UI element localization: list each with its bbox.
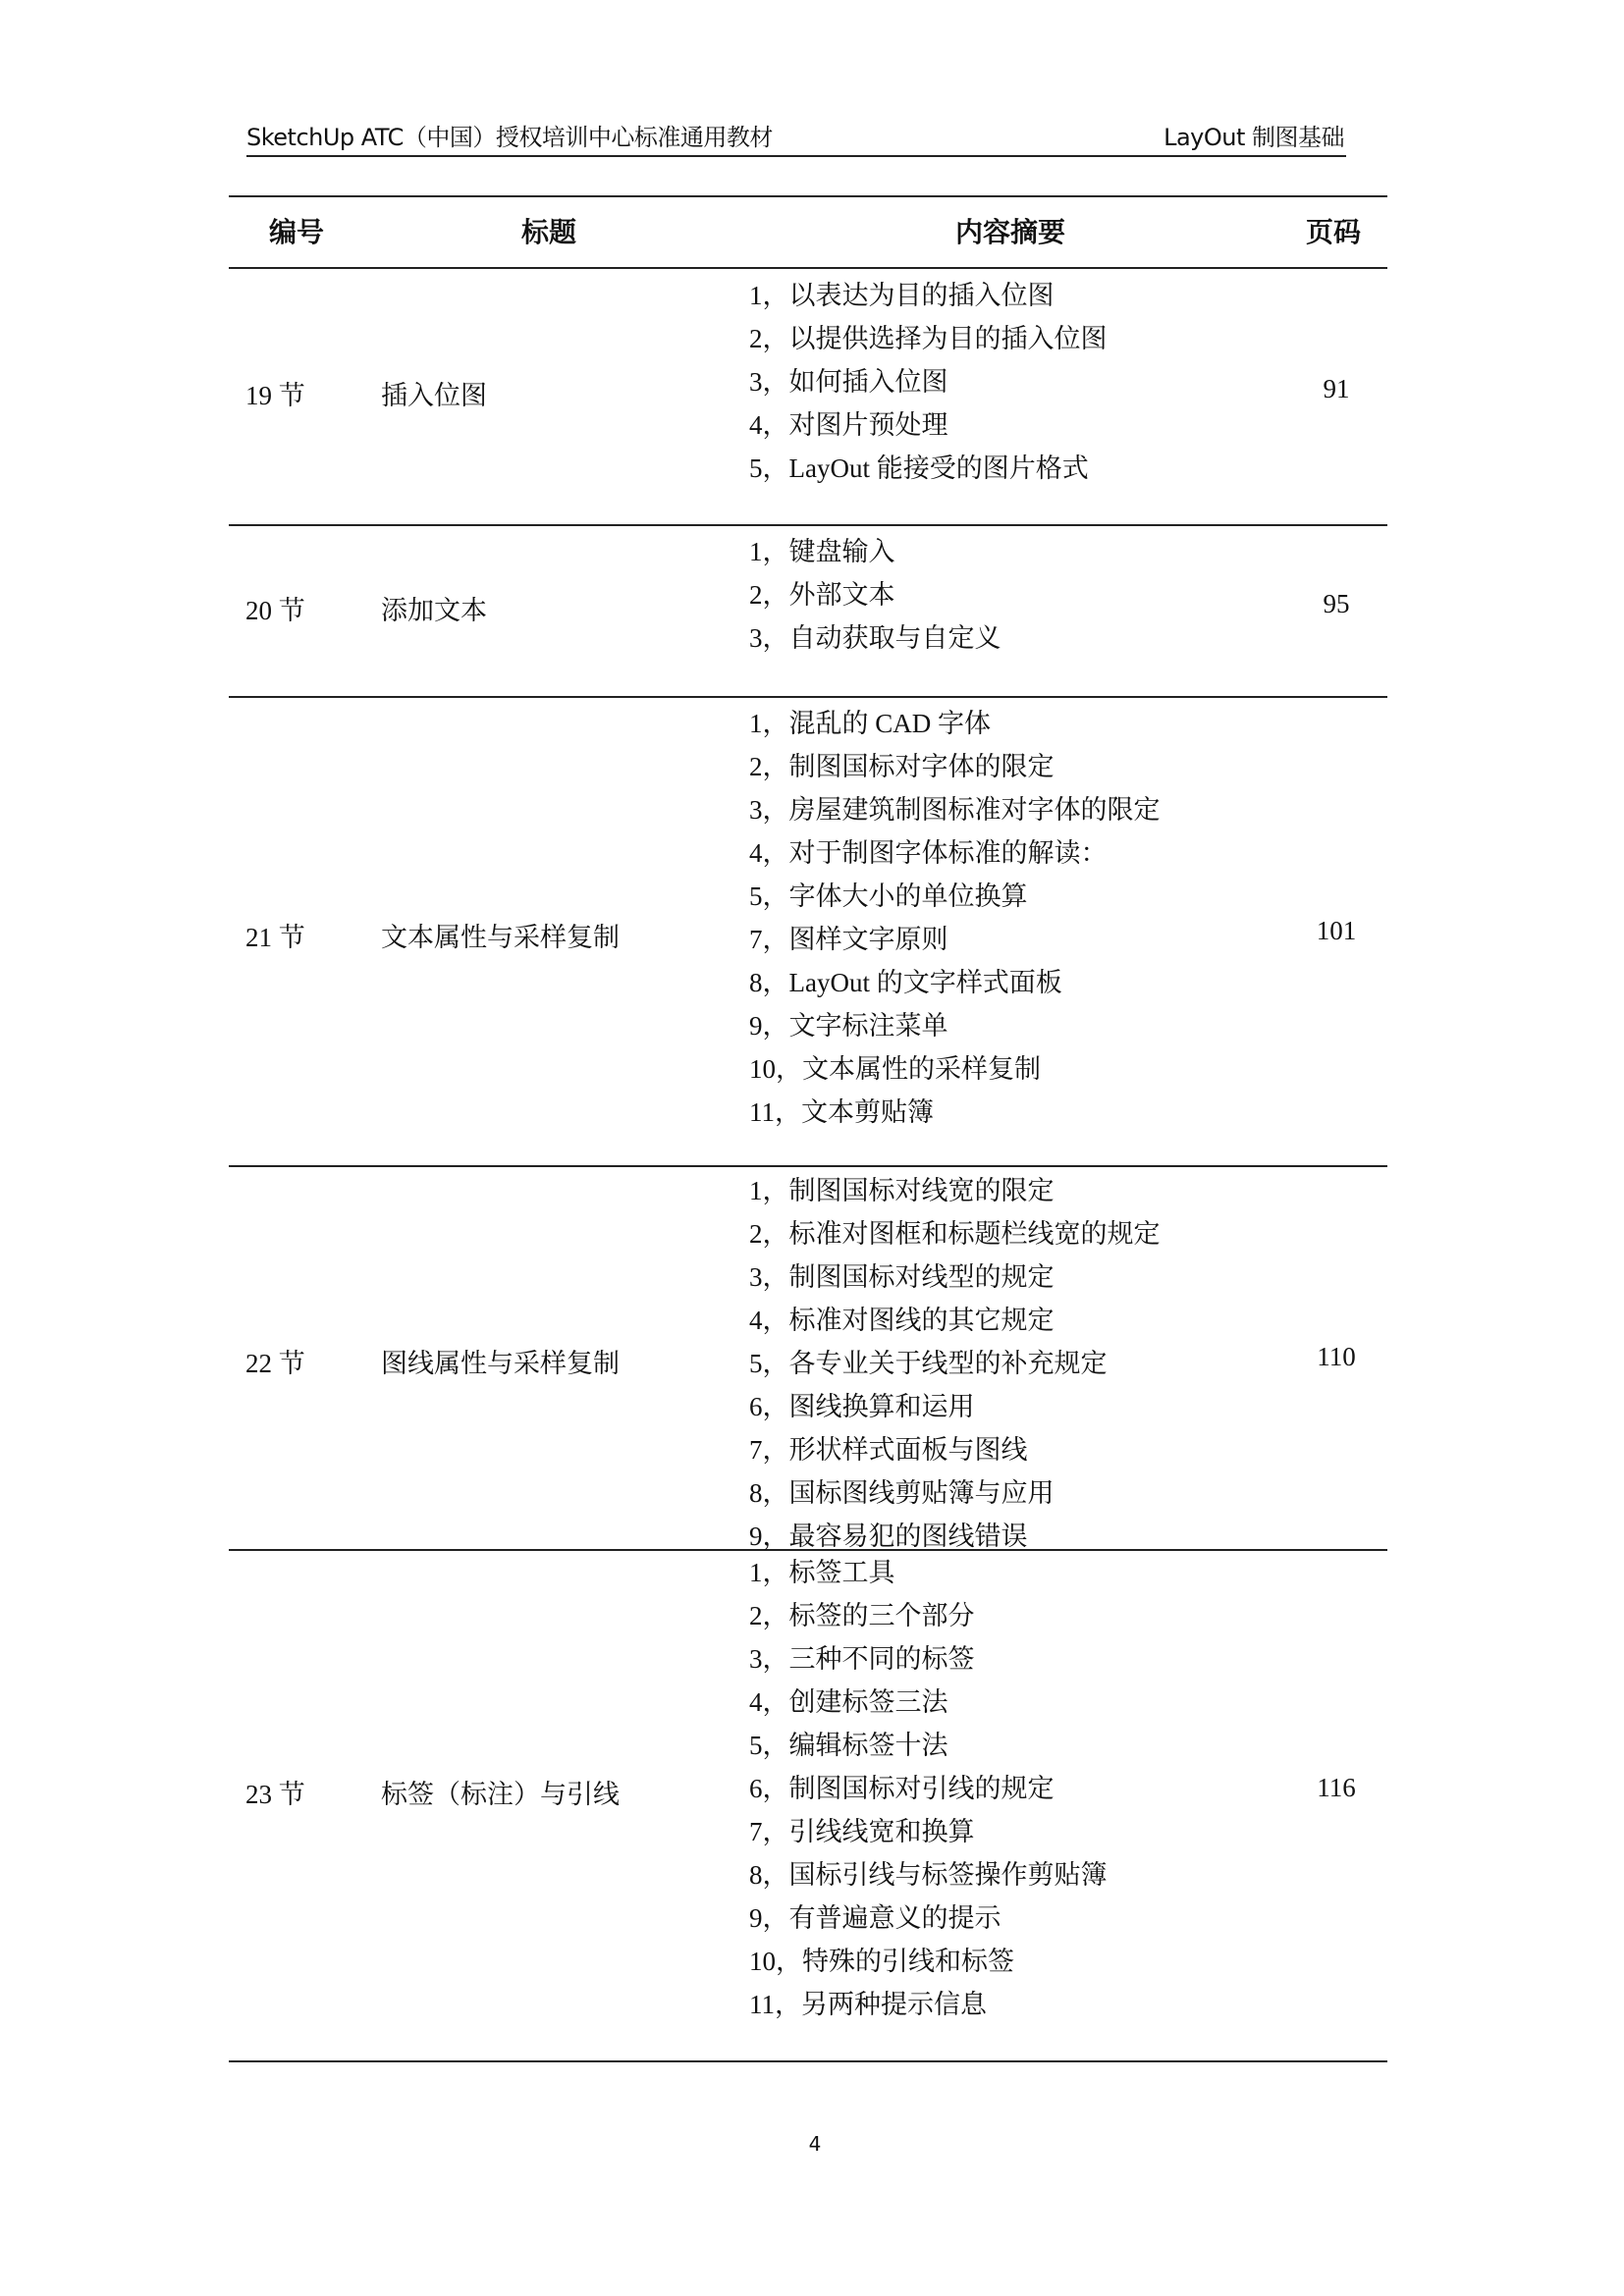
summary-item: 10，特殊的引线和标签 [749, 1940, 1108, 1983]
table-row: 19 节 插入位图 1，以表达为目的插入位图 2，以提供选择为目的插入位图 3，… [229, 269, 1387, 526]
summary-item: 11，另两种提示信息 [749, 1983, 1108, 2026]
summary-item: 1，混乱的 CAD 字体 [749, 702, 1161, 745]
summary-item: 8，国标引线与标签操作剪贴簿 [749, 1853, 1108, 1896]
summary-item: 6，制图国标对引线的规定 [749, 1767, 1108, 1810]
summary-item: 6，图线换算和运用 [749, 1385, 1161, 1428]
summary-item: 7，图样文字原则 [749, 918, 1161, 961]
summary-item: 2，标准对图框和标题栏线宽的规定 [749, 1212, 1161, 1255]
page-reference: 91 [1289, 374, 1383, 404]
page-reference: 110 [1289, 1342, 1383, 1372]
column-header-number: 编号 [269, 217, 324, 248]
page-number: 4 [805, 2132, 825, 2156]
summary-item: 3，自动获取与自定义 [749, 616, 1001, 660]
chapter-title: LayOut 制图基础 [1164, 122, 1344, 153]
summary-item: 5，LayOut 能接受的图片格式 [749, 447, 1108, 490]
table-row: 23 节 标签（标注）与引线 1，标签工具 2，标签的三个部分 3，三种不同的标… [229, 1551, 1387, 2062]
column-header-summary: 内容摘要 [955, 217, 1065, 248]
section-title: 添加文本 [381, 589, 487, 627]
section-summary: 1，以表达为目的插入位图 2，以提供选择为目的插入位图 3，如何插入位图 4，对… [749, 274, 1108, 490]
summary-item: 2，以提供选择为目的插入位图 [749, 317, 1108, 360]
summary-item: 5，各专业关于线型的补充规定 [749, 1342, 1161, 1385]
section-summary: 1，键盘输入 2，外部文本 3，自动获取与自定义 [749, 530, 1001, 660]
summary-item: 1，键盘输入 [749, 530, 1001, 573]
section-number: 22 节 [245, 1342, 305, 1380]
summary-item: 11，文本剪贴簿 [749, 1091, 1161, 1134]
table-header: 编号 标题 内容摘要 页码 [229, 197, 1387, 269]
summary-item: 9，有普遍意义的提示 [749, 1896, 1108, 1940]
summary-item: 4，对于制图字体标准的解读： [749, 831, 1161, 875]
summary-item: 2，标签的三个部分 [749, 1594, 1108, 1637]
summary-item: 4，创建标签三法 [749, 1681, 1108, 1724]
summary-item: 8，国标图线剪贴簿与应用 [749, 1471, 1161, 1515]
summary-item: 3，制图国标对线型的规定 [749, 1255, 1161, 1299]
toc-table: 编号 标题 内容摘要 页码 19 节 插入位图 1，以表达为目的插入位图 2，以… [229, 195, 1387, 2062]
summary-item: 7，形状样式面板与图线 [749, 1428, 1161, 1471]
section-title: 标签（标注）与引线 [381, 1773, 620, 1811]
summary-item: 3，如何插入位图 [749, 360, 1108, 403]
section-number: 20 节 [245, 589, 305, 627]
summary-item: 4，对图片预处理 [749, 403, 1108, 447]
summary-item: 8，LayOut 的文字样式面板 [749, 961, 1161, 1004]
summary-item: 1，标签工具 [749, 1551, 1108, 1594]
section-title: 图线属性与采样复制 [381, 1342, 620, 1380]
table-row: 22 节 图线属性与采样复制 1，制图国标对线宽的限定 2，标准对图框和标题栏线… [229, 1167, 1387, 1551]
summary-item: 10，文本属性的采样复制 [749, 1047, 1161, 1091]
summary-item: 2，外部文本 [749, 573, 1001, 616]
summary-item: 2，制图国标对字体的限定 [749, 745, 1161, 788]
summary-item: 1，以表达为目的插入位图 [749, 274, 1108, 317]
summary-item: 4，标准对图线的其它规定 [749, 1299, 1161, 1342]
table-row: 20 节 添加文本 1，键盘输入 2，外部文本 3，自动获取与自定义 95 [229, 526, 1387, 698]
section-title: 插入位图 [381, 374, 487, 412]
section-summary: 1，混乱的 CAD 字体 2，制图国标对字体的限定 3，房屋建筑制图标准对字体的… [749, 702, 1161, 1134]
table-row: 21 节 文本属性与采样复制 1，混乱的 CAD 字体 2，制图国标对字体的限定… [229, 698, 1387, 1167]
page-reference: 116 [1289, 1773, 1383, 1803]
section-summary: 1，标签工具 2，标签的三个部分 3，三种不同的标签 4，创建标签三法 5，编辑… [749, 1551, 1108, 2026]
section-number: 21 节 [245, 916, 305, 954]
summary-item: 3，三种不同的标签 [749, 1637, 1108, 1681]
column-header-page: 页码 [1306, 217, 1361, 248]
section-number: 23 节 [245, 1773, 305, 1811]
summary-item: 1，制图国标对线宽的限定 [749, 1169, 1161, 1212]
summary-item: 9，文字标注菜单 [749, 1004, 1161, 1047]
page-reference: 95 [1289, 589, 1383, 619]
summary-item: 3，房屋建筑制图标准对字体的限定 [749, 788, 1161, 831]
section-title: 文本属性与采样复制 [381, 916, 620, 954]
page-header: SketchUp ATC（中国）授权培训中心标准通用教材 LayOut 制图基础 [246, 122, 1346, 157]
summary-item: 7，引线线宽和换算 [749, 1810, 1108, 1853]
column-header-title: 标题 [521, 217, 576, 248]
book-title: SketchUp ATC（中国）授权培训中心标准通用教材 [246, 122, 773, 153]
section-summary: 1，制图国标对线宽的限定 2，标准对图框和标题栏线宽的规定 3，制图国标对线型的… [749, 1169, 1161, 1558]
page-reference: 101 [1289, 916, 1383, 946]
section-number: 19 节 [245, 374, 305, 412]
summary-item: 5，字体大小的单位换算 [749, 875, 1161, 918]
summary-item: 5，编辑标签十法 [749, 1724, 1108, 1767]
